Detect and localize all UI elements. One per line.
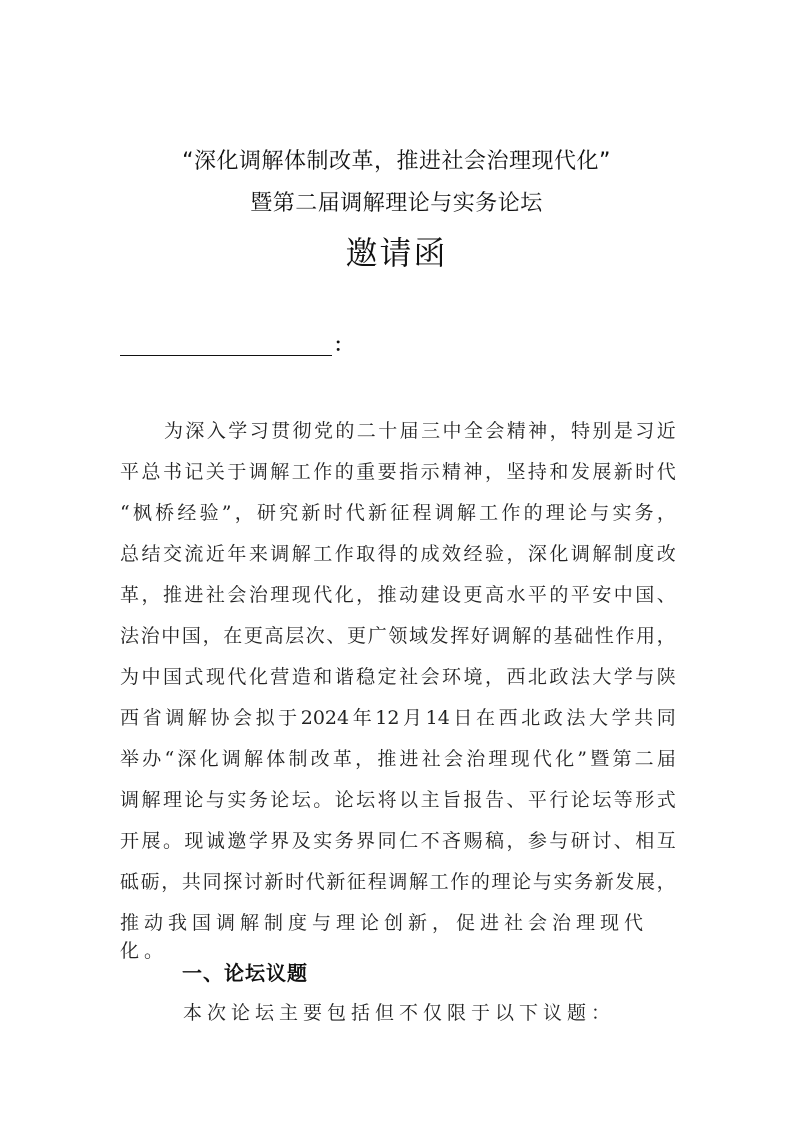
body-line: 法治中国，在更高层次、更广领域发挥好调解的基础性作用， xyxy=(120,622,676,663)
body-line: 西省调解协会拟于2024年12月14日在西北政法大学共同 xyxy=(120,704,676,745)
body-line: 举办“深化调解体制改革，推进社会治理现代化”暨第二届 xyxy=(120,745,676,786)
title-line-1: “深化调解体制改革，推进社会治理现代化” xyxy=(0,144,793,175)
title-line-2: 暨第二届调解理论与实务论坛 xyxy=(0,186,793,217)
body-line: 推动我国调解制度与理论创新，促进社会治理现代化。 xyxy=(120,909,676,950)
section-heading-topics: 一、论坛议题 xyxy=(182,957,308,986)
body-line: 开展。现诚邀学界及实务界同仁不吝赐稿，参与研讨、相互 xyxy=(120,827,676,868)
body-line: 革，推进社会治理现代化，推动建设更高水平的平安中国、 xyxy=(120,581,676,622)
body-line: “枫桥经验”，研究新时代新征程调解工作的理论与实务， xyxy=(120,499,676,540)
body-line: 平总书记关于调解工作的重要指示精神，坚持和发展新时代 xyxy=(120,458,676,499)
addressee-line: ： xyxy=(120,332,352,356)
addressee-colon: ： xyxy=(334,336,352,356)
body-line: 调解理论与实务论坛。论坛将以主旨报告、平行论坛等形式 xyxy=(120,786,676,827)
body-paragraph: 为深入学习贯彻党的二十届三中全会精神，特别是习近 平总书记关于调解工作的重要指示… xyxy=(120,417,676,950)
section-intro: 本次论坛主要包括但不仅限于以下议题： xyxy=(183,998,615,1025)
body-line: 为中国式现代化营造和谐稳定社会环境，西北政法大学与陕 xyxy=(120,663,676,704)
body-line: 为深入学习贯彻党的二十届三中全会精神，特别是习近 xyxy=(120,417,676,458)
document-title: 邀请函 xyxy=(0,228,793,274)
body-line: 砥砺，共同探讨新时代新征程调解工作的理论与实务新发展， xyxy=(120,868,676,909)
body-line: 总结交流近年来调解工作取得的成效经验，深化调解制度改 xyxy=(120,540,676,581)
addressee-blank xyxy=(120,335,332,356)
